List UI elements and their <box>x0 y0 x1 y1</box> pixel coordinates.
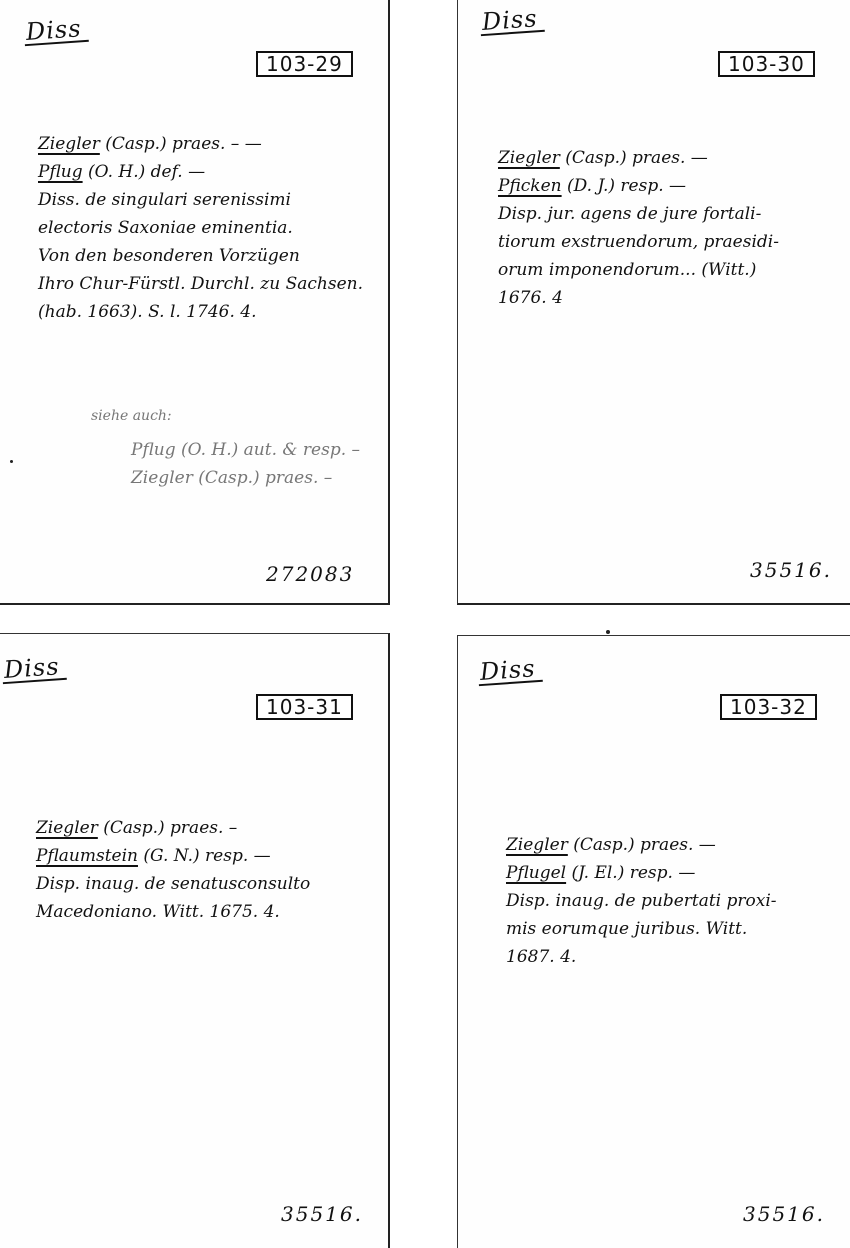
respondent-name: Pflaumstein <box>36 846 138 866</box>
praeses-line: Ziegler (Casp.) praes. — <box>498 144 779 172</box>
accession-number: 35516. <box>750 558 832 582</box>
praeses-role: (Casp.) praes. — <box>560 148 708 168</box>
praeses-line: Ziegler (Casp.) praes. – — <box>38 130 363 158</box>
diss-label: Diss <box>23 16 88 46</box>
call-number: 103-31 <box>256 694 353 720</box>
respondent-line: Pficken (D. J.) resp. — <box>498 172 779 200</box>
praeses-name: Ziegler <box>506 835 568 855</box>
respondent-role: (O. H.) def. — <box>83 162 206 182</box>
title-line: Disp. inaug. de senatusconsulto <box>36 870 310 898</box>
scan-speck <box>10 460 13 463</box>
praeses-line: Ziegler (Casp.) praes. – <box>36 814 310 842</box>
respondent-name: Pflugel <box>506 863 566 883</box>
call-number: 103-29 <box>256 51 353 77</box>
catalog-card-103-32: Diss 103-32 Ziegler (Casp.) praes. — Pfl… <box>457 635 850 1248</box>
respondent-line: Pflaumstein (G. N.) resp. — <box>36 842 310 870</box>
title-line: tiorum exstruendorum, praesidi- <box>498 228 779 256</box>
praeses-role: (Casp.) praes. — <box>568 835 716 855</box>
praeses-name: Ziegler <box>36 818 98 838</box>
card-entry: Ziegler (Casp.) praes. — Pficken (D. J.)… <box>498 144 779 312</box>
catalog-card-103-30: Diss 103-30 Ziegler (Casp.) praes. — Pfi… <box>457 0 850 605</box>
title-line: Ihro Chur-Fürstl. Durchl. zu Sachsen. <box>38 270 363 298</box>
respondent-role: (G. N.) resp. — <box>138 846 271 866</box>
title-line: Macedoniano. Witt. 1675. 4. <box>36 898 310 926</box>
title-line: orum imponendorum... (Witt.) <box>498 256 779 284</box>
title-line: electoris Saxoniae eminentia. <box>38 214 363 242</box>
title-line: Von den besonderen Vorzügen <box>38 242 363 270</box>
card-entry: Ziegler (Casp.) praes. – Pflaumstein (G.… <box>36 814 310 926</box>
respondent-role: (D. J.) resp. — <box>562 176 686 196</box>
title-line: 1676. 4 <box>498 284 779 312</box>
praeses-line: Ziegler (Casp.) praes. — <box>506 831 777 859</box>
title-line: Disp. jur. agens de jure fortali- <box>498 200 779 228</box>
title-line: mis eorumque juribus. Witt. <box>506 915 777 943</box>
see-also-entry: Ziegler (Casp.) praes. – <box>91 464 360 492</box>
respondent-role: (J. El.) resp. — <box>566 863 695 883</box>
title-line: Disp. inaug. de pubertati proxi- <box>506 887 777 915</box>
accession-number: 272083 <box>266 562 354 586</box>
title-line: Diss. de singulari serenissimi <box>38 186 363 214</box>
respondent-name: Pficken <box>498 176 562 196</box>
catalog-card-103-29: Diss 103-29 Ziegler (Casp.) praes. – — P… <box>0 0 390 605</box>
see-also-note: siehe auch: Pflug (O. H.) aut. & resp. –… <box>91 408 360 492</box>
card-entry: Ziegler (Casp.) praes. — Pflugel (J. El.… <box>506 831 777 971</box>
respondent-name: Pflug <box>38 162 83 182</box>
see-also-entry: Pflug (O. H.) aut. & resp. – <box>91 436 360 464</box>
praeses-name: Ziegler <box>498 148 560 168</box>
praeses-role: (Casp.) praes. – — <box>100 134 262 154</box>
diss-label: Diss <box>477 656 542 686</box>
respondent-line: Pflugel (J. El.) resp. — <box>506 859 777 887</box>
diss-label: Diss <box>1 654 66 684</box>
card-entry: Ziegler (Casp.) praes. – — Pflug (O. H.)… <box>38 130 363 326</box>
respondent-line: Pflug (O. H.) def. — <box>38 158 363 186</box>
scan-speck <box>606 630 610 634</box>
accession-number: 35516. <box>743 1202 825 1226</box>
praeses-role: (Casp.) praes. – <box>98 818 237 838</box>
title-line: (hab. 1663). S. l. 1746. 4. <box>38 298 363 326</box>
catalog-card-103-31: Diss 103-31 Ziegler (Casp.) praes. – Pfl… <box>0 633 390 1248</box>
see-also-label: siehe auch: <box>91 408 360 424</box>
call-number: 103-30 <box>718 51 815 77</box>
call-number: 103-32 <box>720 694 817 720</box>
diss-label: Diss <box>479 6 544 36</box>
title-line: 1687. 4. <box>506 943 777 971</box>
praeses-name: Ziegler <box>38 134 100 154</box>
accession-number: 35516. <box>281 1202 363 1226</box>
